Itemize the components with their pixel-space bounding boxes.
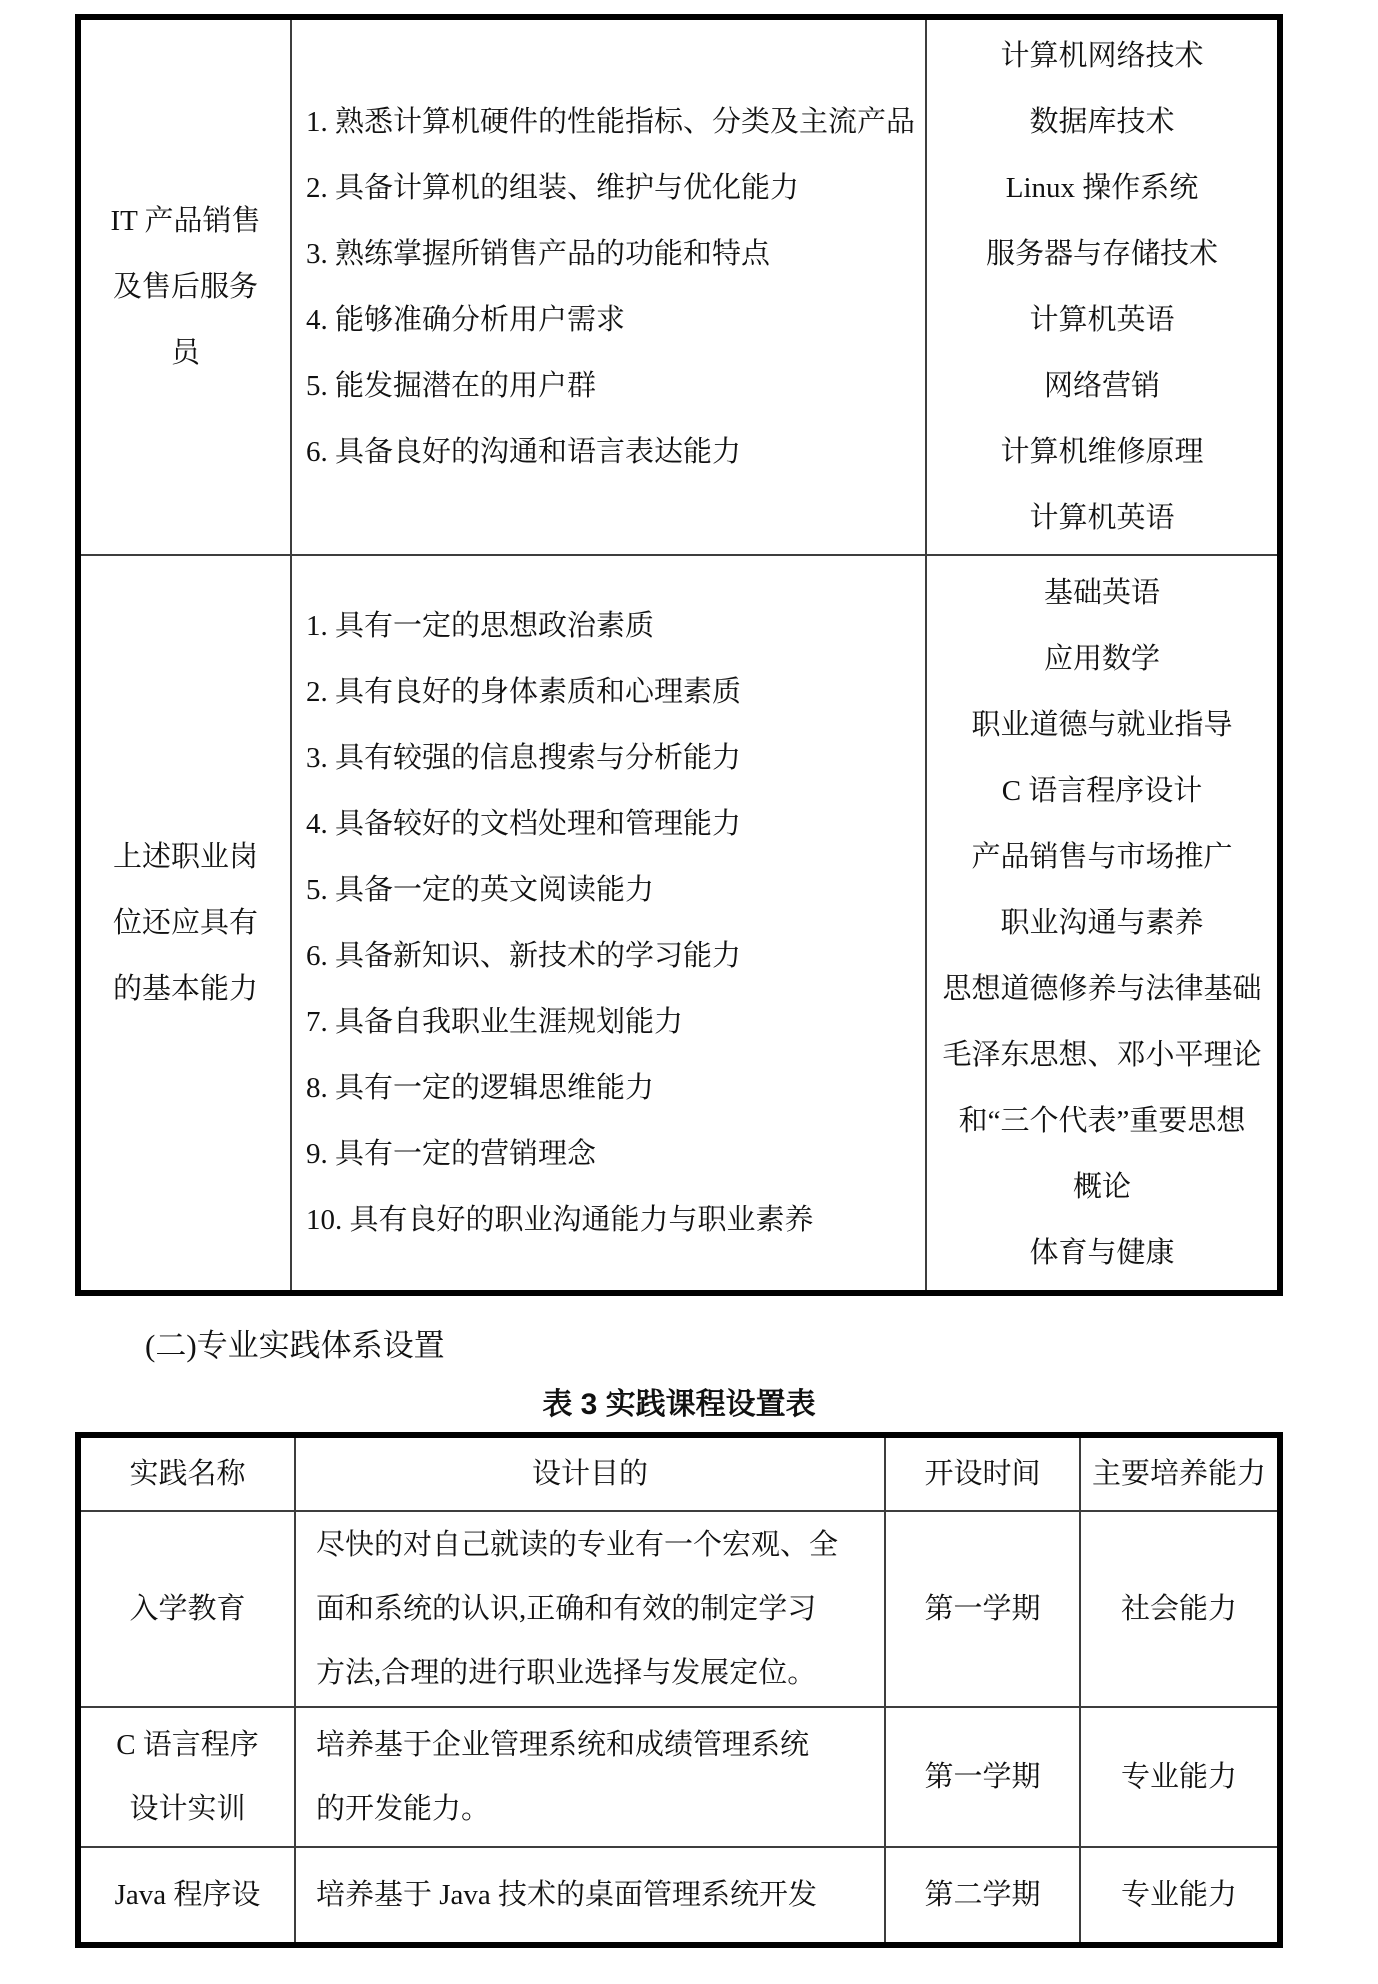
job-title-line: IT 产品销售 — [110, 188, 260, 254]
course-item: 毛泽东思想、邓小平理论 — [942, 1022, 1261, 1088]
course-item: 应用数学 — [1044, 626, 1160, 692]
table-row-c-language-training: C 语言程序设计实训 培养基于企业管理系统和成绩管理系统的开发能力。 第一学期 … — [81, 1708, 1277, 1848]
course-item: 思想道德修养与法律基础 — [942, 956, 1261, 1022]
course-item: 概论 — [1073, 1154, 1131, 1220]
practice-name-cell: Java 程序设 — [81, 1848, 296, 1942]
job-title-line: 位还应具有 — [113, 890, 258, 956]
table-row-basic-abilities: 上述职业岗位还应具有的基本能力 1. 具有一定的思想政治素质2. 具有良好的身体… — [81, 556, 1277, 1290]
job-title-cell: 上述职业岗位还应具有的基本能力 — [81, 556, 292, 1290]
course-item: 计算机维修原理 — [1000, 419, 1203, 485]
courses-cell: 计算机网络技术数据库技术Linux 操作系统服务器与存储技术计算机英语网络营销计… — [927, 20, 1277, 554]
course-item: 数据库技术 — [1029, 89, 1174, 155]
ability-item: 4. 能够准确分析用户需求 — [306, 287, 925, 353]
design-purpose-cell: 培养基于 Java 技术的桌面管理系统开发 — [296, 1848, 886, 1942]
table-caption: 表 3 实践课程设置表 — [75, 1386, 1283, 1424]
header-label: 设计目的 — [532, 1442, 648, 1506]
document-page: IT 产品销售及售后服务员 1. 熟悉计算机硬件的性能指标、分类及主流产品2. … — [0, 0, 1378, 1984]
main-ability-value: 专业能力 — [1121, 1745, 1237, 1809]
table-header-row: 实践名称 设计目的 开设时间 主要培养能力 — [81, 1438, 1277, 1512]
course-item: Linux 操作系统 — [1006, 155, 1199, 221]
header-cell-start-time: 开设时间 — [886, 1438, 1081, 1510]
ability-item: 3. 熟练掌握所销售产品的功能和特点 — [306, 221, 925, 287]
practice-name-line: 入学教育 — [129, 1577, 245, 1641]
practice-name-line: Java 程序设 — [115, 1863, 261, 1927]
occupation-course-table: IT 产品销售及售后服务员 1. 熟悉计算机硬件的性能指标、分类及主流产品2. … — [75, 14, 1283, 1296]
course-item: 计算机英语 — [1029, 287, 1174, 353]
practice-name-line: 设计实训 — [129, 1777, 245, 1841]
ability-item: 4. 具备较好的文档处理和管理能力 — [306, 791, 925, 857]
purpose-line: 培养基于企业管理系统和成绩管理系统 — [316, 1713, 884, 1777]
purpose-line: 尽快的对自己就读的专业有一个宏观、全 — [316, 1513, 884, 1577]
header-cell-design-purpose: 设计目的 — [296, 1438, 886, 1510]
job-title-line: 员 — [171, 320, 200, 386]
start-time-cell: 第二学期 — [886, 1848, 1081, 1942]
course-item: 产品销售与市场推广 — [971, 824, 1232, 890]
header-cell-practice-name: 实践名称 — [81, 1438, 296, 1510]
course-item: 职业沟通与素养 — [1000, 890, 1203, 956]
course-item: 计算机网络技术 — [1000, 23, 1203, 89]
purpose-line: 方法,合理的进行职业选择与发展定位。 — [316, 1641, 884, 1705]
table-row-enrollment-education: 入学教育 尽快的对自己就读的专业有一个宏观、全面和系统的认识,正确和有效的制定学… — [81, 1512, 1277, 1708]
course-item: C 语言程序设计 — [1002, 758, 1203, 824]
ability-item: 5. 具备一定的英文阅读能力 — [306, 857, 925, 923]
ability-item: 10. 具有良好的职业沟通能力与职业素养 — [306, 1187, 925, 1253]
job-title-line: 及售后服务 — [113, 254, 258, 320]
abilities-cell: 1. 具有一定的思想政治素质2. 具有良好的身体素质和心理素质3. 具有较强的信… — [292, 556, 927, 1290]
start-time-cell: 第一学期 — [886, 1708, 1081, 1846]
course-item: 服务器与存储技术 — [986, 221, 1218, 287]
ability-item: 6. 具备新知识、新技术的学习能力 — [306, 923, 925, 989]
job-title-cell: IT 产品销售及售后服务员 — [81, 20, 292, 554]
ability-item: 5. 能发掘潜在的用户群 — [306, 353, 925, 419]
design-purpose-cell: 尽快的对自己就读的专业有一个宏观、全面和系统的认识,正确和有效的制定学习方法,合… — [296, 1512, 886, 1706]
main-ability-cell: 专业能力 — [1081, 1708, 1277, 1846]
header-cell-main-ability: 主要培养能力 — [1081, 1438, 1277, 1510]
purpose-line: 的开发能力。 — [316, 1777, 884, 1841]
main-ability-cell: 社会能力 — [1081, 1512, 1277, 1706]
course-item: 基础英语 — [1044, 560, 1160, 626]
ability-item: 8. 具有一定的逻辑思维能力 — [306, 1055, 925, 1121]
ability-item: 3. 具有较强的信息搜索与分析能力 — [306, 725, 925, 791]
ability-item: 2. 具有良好的身体素质和心理素质 — [306, 659, 925, 725]
practice-name-cell: 入学教育 — [81, 1512, 296, 1706]
ability-item: 9. 具有一定的营销理念 — [306, 1121, 925, 1187]
course-item: 网络营销 — [1044, 353, 1160, 419]
job-title-line: 上述职业岗 — [113, 824, 258, 890]
purpose-line: 面和系统的认识,正确和有效的制定学习 — [316, 1577, 884, 1641]
course-item: 和“三个代表”重要思想 — [959, 1088, 1246, 1154]
header-label: 实践名称 — [129, 1442, 245, 1506]
section-heading: (二)专业实践体系设置 — [145, 1326, 445, 1366]
start-time-value: 第一学期 — [924, 1577, 1040, 1641]
table-row-java-program: Java 程序设 培养基于 Java 技术的桌面管理系统开发 第二学期 专业能力 — [81, 1848, 1277, 1942]
job-title-line: 的基本能力 — [113, 956, 258, 1022]
purpose-line: 培养基于 Java 技术的桌面管理系统开发 — [316, 1863, 884, 1927]
table-row-it-sales: IT 产品销售及售后服务员 1. 熟悉计算机硬件的性能指标、分类及主流产品2. … — [81, 20, 1277, 556]
start-time-value: 第一学期 — [924, 1745, 1040, 1809]
start-time-cell: 第一学期 — [886, 1512, 1081, 1706]
practice-name-line: C 语言程序 — [116, 1713, 259, 1777]
start-time-value: 第二学期 — [924, 1863, 1040, 1927]
ability-item: 1. 具有一定的思想政治素质 — [306, 593, 925, 659]
course-item: 职业道德与就业指导 — [971, 692, 1232, 758]
main-ability-cell: 专业能力 — [1081, 1848, 1277, 1942]
header-label: 主要培养能力 — [1092, 1442, 1266, 1506]
design-purpose-cell: 培养基于企业管理系统和成绩管理系统的开发能力。 — [296, 1708, 886, 1846]
abilities-cell: 1. 熟悉计算机硬件的性能指标、分类及主流产品2. 具备计算机的组装、维护与优化… — [292, 20, 927, 554]
course-item: 体育与健康 — [1029, 1220, 1174, 1286]
ability-item: 7. 具备自我职业生涯规划能力 — [306, 989, 925, 1055]
courses-cell: 基础英语应用数学职业道德与就业指导C 语言程序设计产品销售与市场推广职业沟通与素… — [927, 556, 1277, 1290]
main-ability-value: 专业能力 — [1121, 1863, 1237, 1927]
ability-item: 2. 具备计算机的组装、维护与优化能力 — [306, 155, 925, 221]
ability-item: 6. 具备良好的沟通和语言表达能力 — [306, 419, 925, 485]
practice-course-table: 实践名称 设计目的 开设时间 主要培养能力 入学教育 尽快的对自己就读的专业有一… — [75, 1432, 1283, 1948]
practice-name-cell: C 语言程序设计实训 — [81, 1708, 296, 1846]
ability-item: 1. 熟悉计算机硬件的性能指标、分类及主流产品 — [306, 89, 925, 155]
main-ability-value: 社会能力 — [1121, 1577, 1237, 1641]
header-label: 开设时间 — [924, 1442, 1040, 1506]
course-item: 计算机英语 — [1029, 485, 1174, 551]
